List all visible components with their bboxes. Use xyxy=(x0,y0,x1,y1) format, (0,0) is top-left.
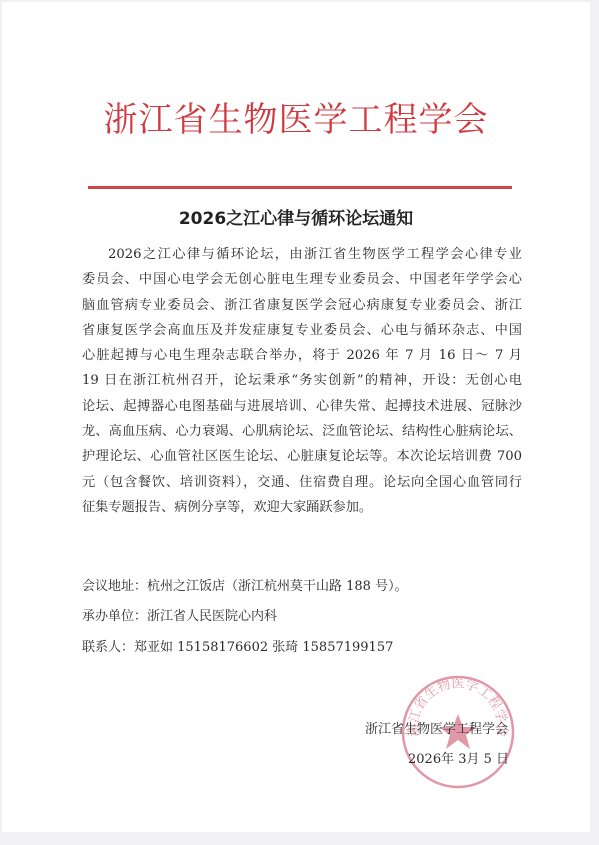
signature-organization: 浙江省生物医学工程学会 xyxy=(365,718,508,737)
notice-body: 2026之江心律与循环论坛，由浙江省生物医学工程学会心律专业 委员会、中国心电学… xyxy=(82,242,522,520)
contacts-line: 联系人：郑亚如 15158176602 张琦 15857199157 xyxy=(82,638,522,658)
body-line: 征集专题报告、病例分享等，欢迎大家踊跃参加。 xyxy=(82,495,522,520)
red-divider xyxy=(88,186,512,189)
body-line: 心脏起搏与心电生理杂志联合举办，将于 2026 年 7 月 16 日～ 7 月 xyxy=(82,343,522,368)
body-line: 元（包含餐饮、培训资料），交通、住宿费自理。论坛向全国心血管同行 xyxy=(82,470,522,495)
organization-header: 浙江省生物医学工程学会 xyxy=(2,100,590,140)
body-line: 省康复医学会高血压及并发症康复专业委员会、心电与循环杂志、中国 xyxy=(82,318,522,343)
venue-line: 会议地址：杭州之江饭店（浙江杭州莫干山路 188 号）。 xyxy=(82,577,522,597)
body-line: 2026之江心律与循环论坛，由浙江省生物医学工程学会心律专业 xyxy=(82,242,522,267)
document-page: 浙江省生物医学工程学会 2026之江心律与循环论坛通知 2026之江心律与循环论… xyxy=(2,2,590,832)
body-line: 委员会、中国心电学会无创心脏电生理专业委员会、中国老年学学会心 xyxy=(82,267,522,292)
body-line: 龙、高血压病、心力衰竭、心肌病论坛、泛血管论坛、结构性心脏病论坛、 xyxy=(82,419,522,444)
body-line: 19 日在浙江杭州召开，论坛秉承“务实创新”的精神，开设：无创心电 xyxy=(82,368,522,393)
body-line: 论坛、起搏器心电图基础与进展培训、心律失常、起搏技术进展、冠脉沙 xyxy=(82,394,522,419)
signature-date: 2026年 3月 5 日 xyxy=(408,748,509,767)
body-line: 护理论坛、心血管社区医生论坛、心脏康复论坛等。本次论坛培训费 700 xyxy=(82,444,522,469)
body-line: 脑血管病专业委员会、浙江省康复医学会冠心病康复专业委员会、浙江 xyxy=(82,293,522,318)
host-line: 承办单位：浙江省人民医院心内科 xyxy=(82,607,522,627)
notice-title: 2026之江心律与循环论坛通知 xyxy=(2,207,590,231)
